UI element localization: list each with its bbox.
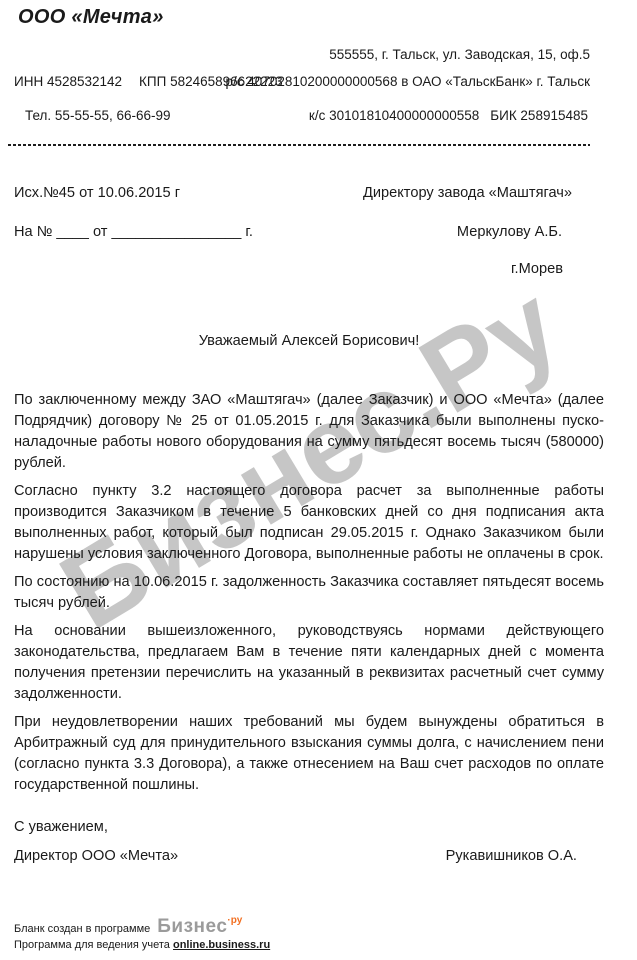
footer-created-with-text: Бланк создан в программе — [14, 923, 150, 935]
letter-body: По заключенному между ЗАО «Маштягач» (да… — [14, 390, 604, 803]
footer-line-2: Программа для ведения учета online.busin… — [14, 939, 270, 951]
recipient-city: г.Морев — [511, 261, 563, 277]
paragraph-debt: По состоянию на 10.06.2015 г. задолженно… — [14, 572, 604, 614]
company-name: ООО «Мечта» — [18, 6, 164, 29]
footer-website-link[interactable]: online.business.ru — [173, 939, 270, 951]
dashed-divider-line — [8, 144, 590, 146]
paragraph-contract: По заключенному между ЗАО «Маштягач» (да… — [14, 390, 604, 474]
outgoing-ref-number: Исх.№45 от 10.06.2015 г — [14, 185, 180, 201]
footer-tagline-text: Программа для ведения учета — [14, 939, 170, 951]
closing-regards: С уважением, — [14, 819, 108, 835]
signer-title: Директор ООО «Мечта» — [14, 848, 178, 864]
footer: Бланк создан в программе Бизнес·ру Прогр… — [14, 915, 270, 951]
letter-document-page: Бизнес.Ру ООО «Мечта» 555555, г. Тальск,… — [0, 0, 637, 960]
paragraph-warning: При неудовлетворении наших требований мы… — [14, 712, 604, 796]
settlement-account-line: р/с 40702810200000000568 в ОАО «ТальскБа… — [226, 74, 590, 89]
recipient-position: Директору завода «Маштягач» — [363, 185, 572, 201]
inn-value: ИНН 4528532142 — [14, 74, 122, 89]
incoming-ref-blank: На № ____ от ________________ г. — [14, 224, 253, 240]
recipient-name: Меркулову А.Б. — [457, 224, 562, 240]
salutation: Уважаемый Алексей Борисович! — [14, 333, 604, 349]
signer-name: Рукавишников О.А. — [446, 848, 577, 864]
corr-account-line: к/с 30101810400000000558БИК 258915485 — [309, 108, 588, 123]
footer-line-1: Бланк создан в программе Бизнес·ру — [14, 915, 270, 938]
paragraph-terms: Согласно пункту 3.2 настоящего договора … — [14, 481, 604, 565]
bik-value: БИК 258915485 — [490, 108, 588, 123]
logo-text: Бизнес — [157, 916, 227, 937]
corr-account-value: к/с 30101810400000000558 — [309, 108, 479, 123]
phone-line: Тел. 55-55-55, 66-66-99 — [25, 108, 171, 123]
company-address: 555555, г. Тальск, ул. Заводская, 15, оф… — [329, 47, 590, 62]
logo-suffix: ·ру — [227, 915, 242, 926]
business-ru-logo: Бизнес·ру — [157, 915, 242, 938]
paragraph-demand: На основании вышеизложенного, руководств… — [14, 621, 604, 705]
